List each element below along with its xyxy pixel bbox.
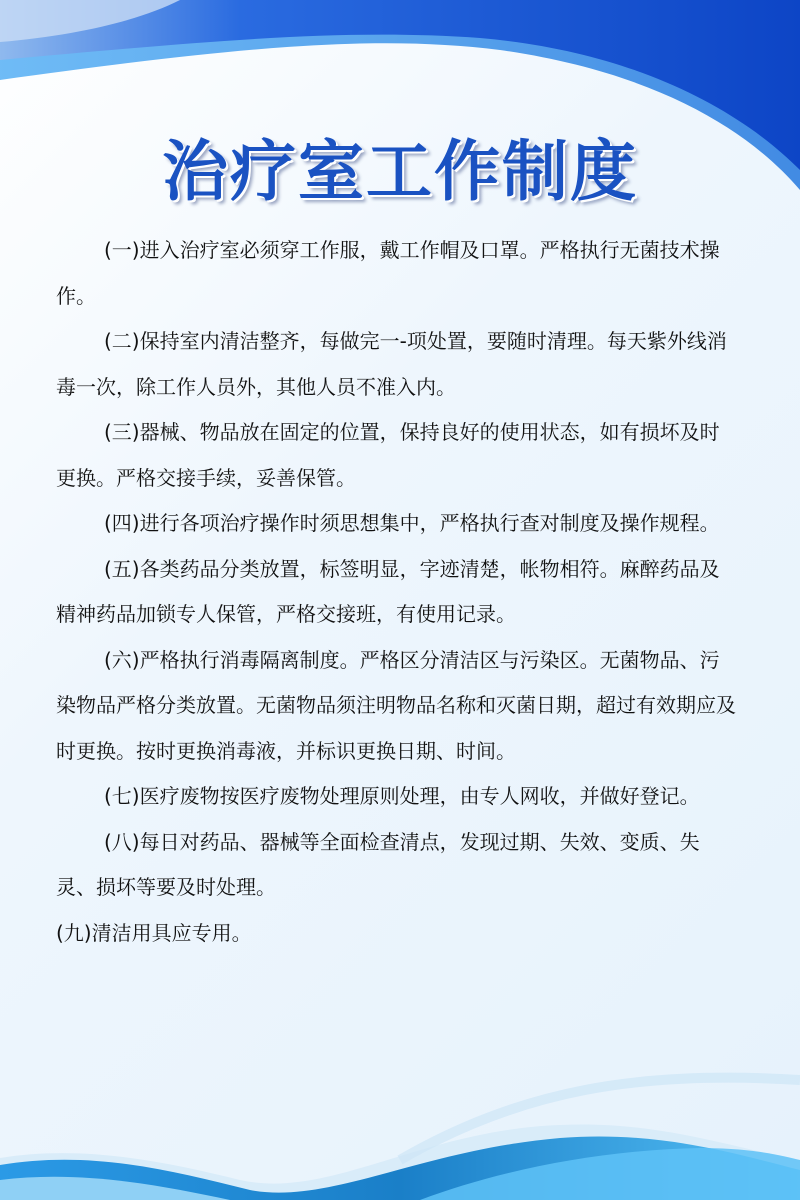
rule-item-4: (四)进行各项治疗操作时须思想集中，严格执行查对制度及操作规程。 (56, 501, 736, 547)
rule-item-6: (六)严格执行消毒隔离制度。严格区分清洁区与污染区。无菌物品、污染物品严格分类放… (56, 638, 736, 775)
rule-item-5: (五)各类药品分类放置，标签明显，字迹清楚，帐物相符。麻醉药品及精神药品加锁专人… (56, 547, 736, 638)
rule-item-1: (一)进入治疗室必须穿工作服，戴工作帽及口罩。严格执行无菌技术操作。 (56, 228, 736, 319)
rule-item-3: (三)器械、物品放在固定的位置，保持良好的使用状态，如有损坏及时更换。严格交接手… (56, 410, 736, 501)
rule-item-8: (八)每日对药品、器械等全面检查清点，发现过期、失效、变质、失灵、损坏等要及时处… (56, 820, 736, 911)
rule-item-9: (九)清洁用具应专用。 (56, 911, 736, 957)
rules-content: (一)进入治疗室必须穿工作服，戴工作帽及口罩。严格执行无菌技术操作。 (二)保持… (56, 228, 736, 956)
rule-item-2: (二)保持室内清洁整齐，每做完一-项处置，要随时清理。每天紫外线消毒一次，除工作… (56, 319, 736, 410)
rule-item-7: (七)医疗废物按医疗废物处理原则处理，由专人网收，并做好登记。 (56, 774, 736, 820)
page-title: 治疗室工作制度 (0, 118, 800, 213)
